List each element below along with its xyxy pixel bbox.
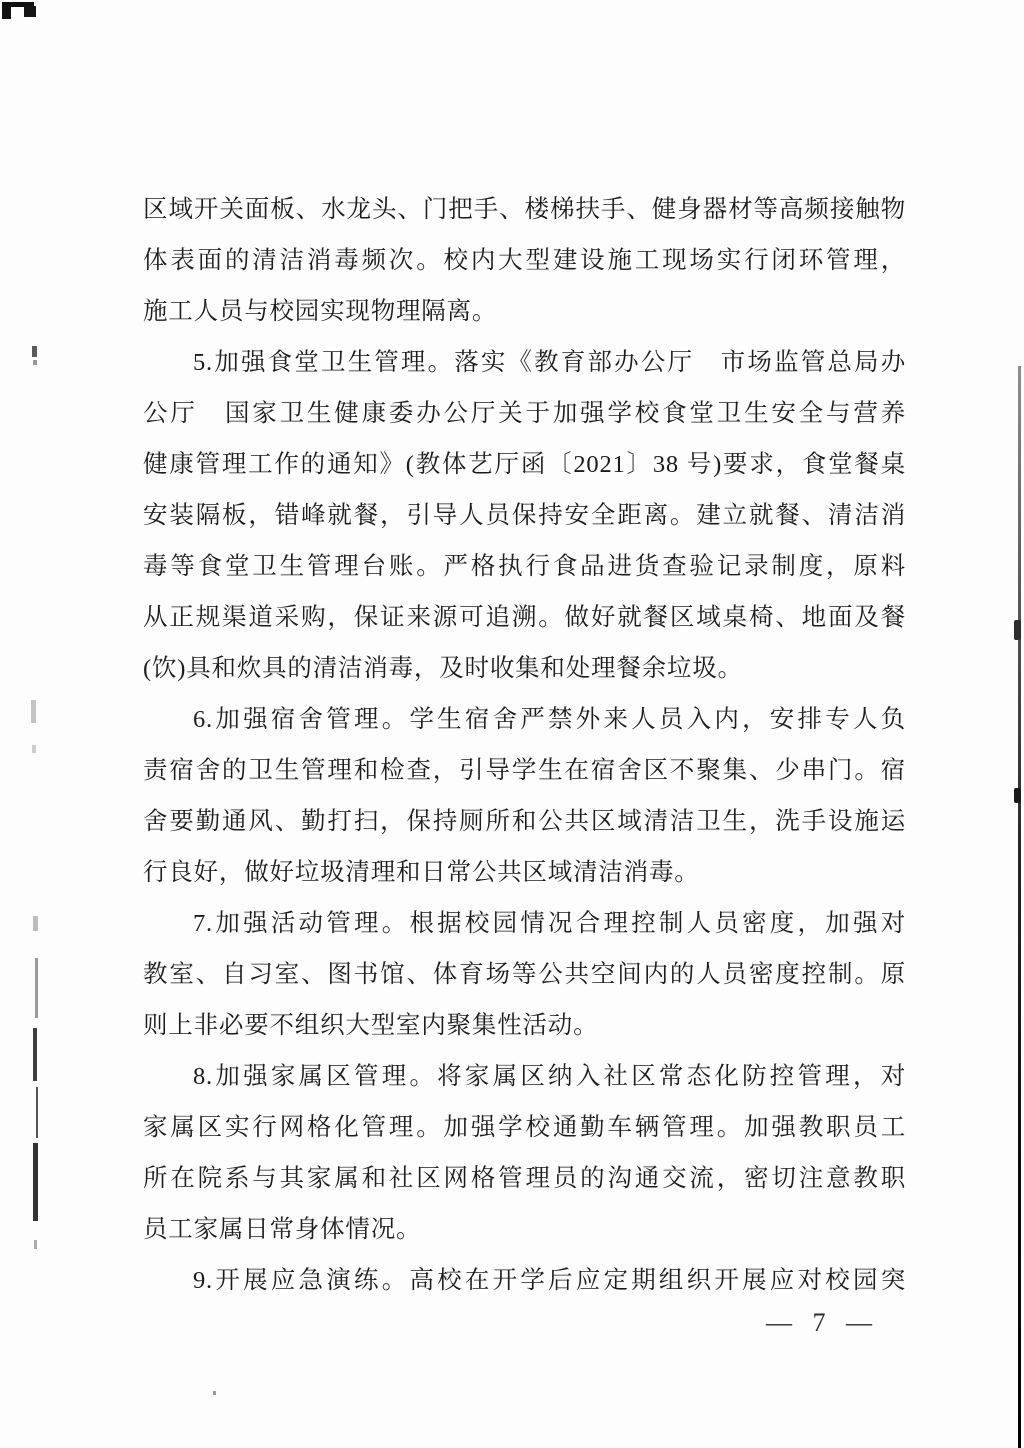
document-text-block: 区域开关面板、水龙头、门把手、楼梯扶手、健身器材等高频接触物体表面的清洁消毒频次… [143,184,906,1306]
text-line: 施工人员与校园实现物理隔离。 [143,286,906,337]
scan-corner-mark [24,6,36,17]
text-line: 5.加强食堂卫生管理。落实《教育部办公厅 市场监管总局办 [143,337,906,388]
scan-artifact [33,916,38,931]
scan-artifact [33,360,37,365]
text-line: 家属区实行网格化管理。加强学校通勤车辆管理。加强教职员工 [143,1102,906,1153]
scan-artifact [35,958,38,1018]
text-line: 行良好，做好垃圾清理和日常公共区域清洁消毒。 [143,847,906,898]
text-line: (饮)具和炊具的清洁消毒，及时收集和处理餐余垃圾。 [143,643,906,694]
scan-speck [213,1391,216,1395]
text-line: 体表面的清洁消毒频次。校内大型建设施工现场实行闭环管理， [143,235,906,286]
scan-artifact [32,745,36,753]
scan-artifact [31,700,36,723]
text-line: 安装隔板，错峰就餐，引导人员保持安全距离。建立就餐、清洁消 [143,490,906,541]
text-line: 9.开展应急演练。高校在开学后应定期组织开展应对校园突 [143,1255,906,1306]
scan-edge-blob [1014,620,1021,640]
text-line: 7.加强活动管理。根据校园情况合理控制人员密度，加强对 [143,898,906,949]
scan-artifact [32,346,37,357]
scan-artifact [34,1240,37,1249]
text-line: 健康管理工作的通知》(教体艺厅函〔2021〕38 号)要求，食堂餐桌 [143,439,906,490]
scan-artifact [33,1028,37,1081]
text-line: 公厅 国家卫生健康委办公厅关于加强学校食堂卫生安全与营养 [143,388,906,439]
text-line: 8.加强家属区管理。将家属区纳入社区常态化防控管理，对 [143,1051,906,1102]
page-number: — 7 — [766,1308,916,1338]
text-line: 所在院系与其家属和社区网格管理员的沟通交流，密切注意教职 [143,1153,906,1204]
scan-corner-mark [2,2,34,7]
scan-corner-mark [2,2,11,19]
text-line: 区域开关面板、水龙头、门把手、楼梯扶手、健身器材等高频接触物 [143,184,906,235]
text-line: 从正规渠道采购，保证来源可追溯。做好就餐区域桌椅、地面及餐 [143,592,906,643]
scan-artifact [33,1143,38,1221]
scan-artifact [36,1087,38,1138]
text-line: 则上非必要不组织大型室内聚集性活动。 [143,1000,906,1051]
text-line: 毒等食堂卫生管理台账。严格执行食品进货查验记录制度，原料 [143,541,906,592]
text-line: 员工家属日常身体情况。 [143,1204,906,1255]
text-line: 教室、自习室、图书馆、体育场等公共空间内的人员密度控制。原 [143,949,906,1000]
text-line: 责宿舍的卫生管理和检查，引导学生在宿舍区不聚集、少串门。宿 [143,745,906,796]
document-page: 区域开关面板、水龙头、门把手、楼梯扶手、健身器材等高频接触物体表面的清洁消毒频次… [0,0,1024,1448]
scan-edge-line [1018,366,1021,1448]
text-line: 6.加强宿舍管理。学生宿舍严禁外来人员入内，安排专人负 [143,694,906,745]
text-line: 舍要勤通风、勤打扫，保持厕所和公共区域清洁卫生，洗手设施运 [143,796,906,847]
scan-edge-blob [1014,788,1021,803]
